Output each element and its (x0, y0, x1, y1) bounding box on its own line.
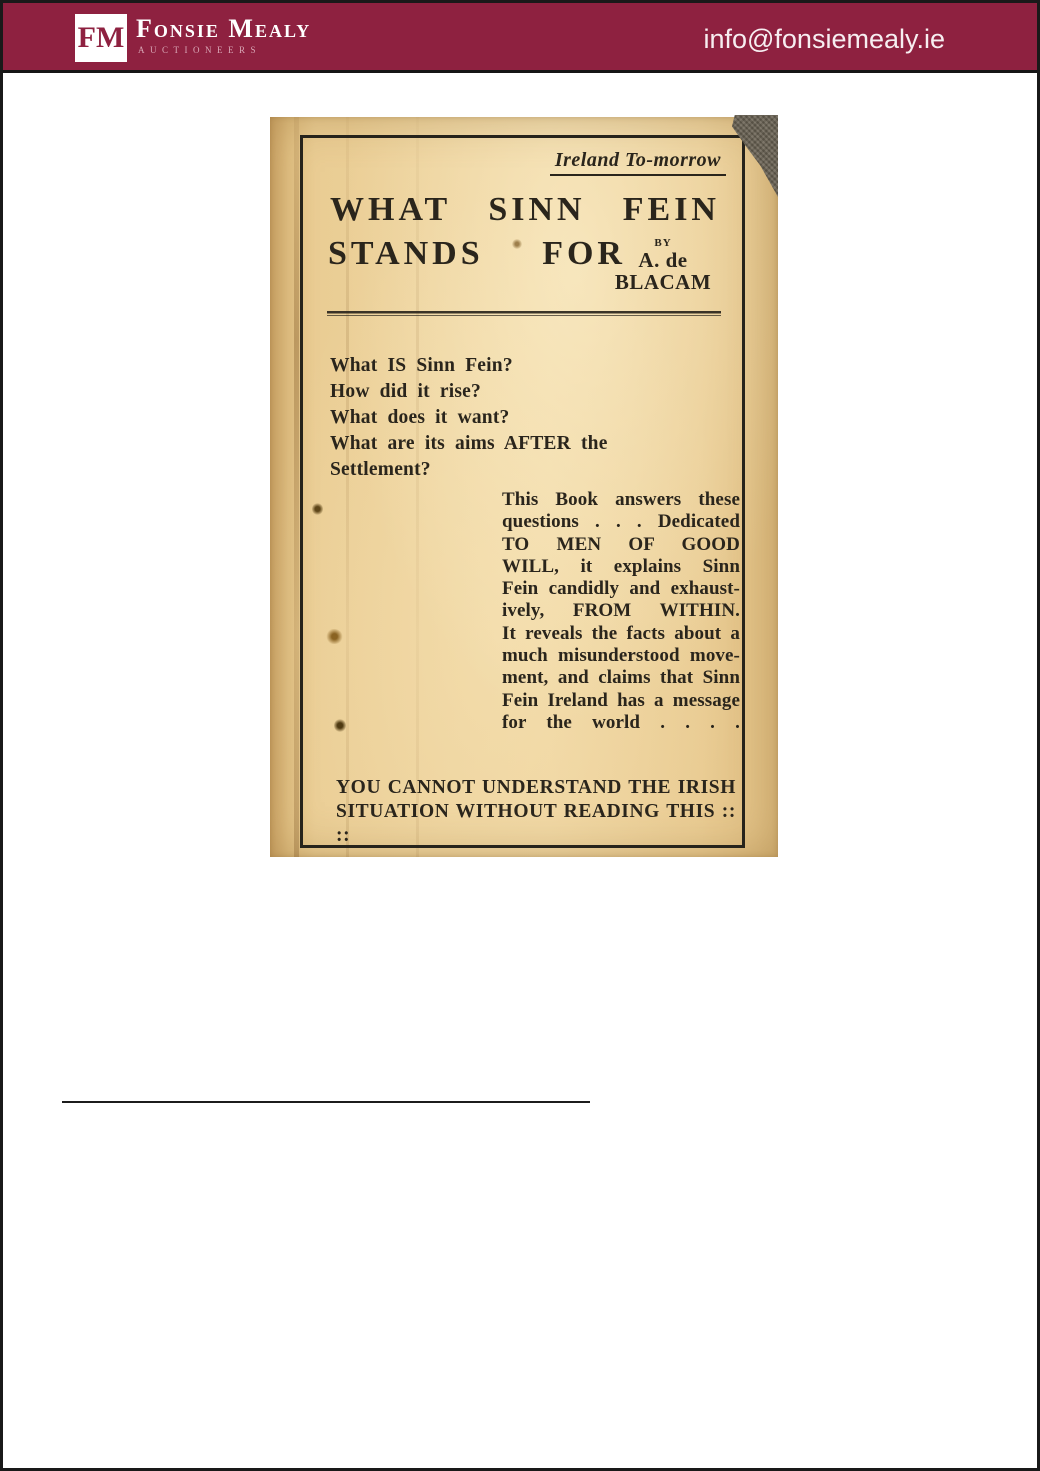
title-word: STANDS (328, 235, 484, 273)
spine-crease (294, 117, 299, 857)
blurb-line: This Book answers these (502, 489, 740, 511)
stain-spot (312, 503, 323, 515)
stain-spot (334, 719, 346, 732)
catalog-page: FM Fonsie Mealy AUCTIONEERS info@fonsiem… (0, 0, 1040, 1471)
title-divider-rule (327, 311, 721, 317)
slogan-line: YOU CANNOT UNDERSTAND THE IRISH (336, 776, 736, 800)
blurb-line: It reveals the facts about a (502, 623, 740, 645)
blurb-line: TO MEN OF GOOD (502, 534, 740, 556)
blurb-line: ively, FROM WITHIN. (502, 600, 740, 622)
blurb-line: ment, and claims that Sinn (502, 667, 740, 689)
blurb-line: WILL, it explains Sinn (502, 556, 740, 578)
brand-block: Fonsie Mealy AUCTIONEERS (136, 16, 311, 55)
title-word: SINN (488, 191, 585, 229)
cover-footer-slogan: YOU CANNOT UNDERSTAND THE IRISH SITUATIO… (336, 776, 736, 848)
book-cover-scan: Ireland To-morrow WHAT SINN FEIN STANDS … (270, 117, 778, 857)
byline-block: BY A. de BLACAM (600, 237, 726, 293)
header-bar: FM Fonsie Mealy AUCTIONEERS info@fonsiem… (3, 3, 1037, 73)
book-title-line2: STANDS FOR (328, 235, 626, 273)
title-word: WHAT (330, 191, 451, 229)
question-item: How did it rise? (330, 379, 710, 405)
brand-name: Fonsie Mealy (136, 16, 311, 42)
logo-initials: FM (78, 21, 125, 55)
stain-spot (326, 629, 343, 644)
blurb-line: questions . . . Dedicated (502, 511, 740, 533)
question-item: What are its aims AFTER the Settlement? (330, 431, 710, 483)
blurb-line: for the world . . . . (502, 712, 740, 734)
slogan-line: SITUATION WITHOUT READING THIS :: :: (336, 800, 736, 848)
book-title-line1: WHAT SINN FEIN (330, 191, 720, 229)
blurb-block: This Book answers these questions . . . … (502, 489, 740, 734)
title-word: FEIN (623, 191, 720, 229)
series-label: Ireland To-morrow (550, 149, 726, 176)
question-item: What does it want? (330, 405, 710, 431)
blurb-line: Fein Ireland has a message (502, 690, 740, 712)
contact-email: info@fonsiemealy.ie (703, 24, 945, 55)
question-item: What IS Sinn Fein? (330, 353, 710, 379)
brand-subtitle: AUCTIONEERS (136, 45, 311, 55)
questions-list: What IS Sinn Fein? How did it rise? What… (330, 353, 710, 483)
blurb-line: Fein candidly and exhaust- (502, 578, 740, 600)
blurb-line: much misunderstood move- (502, 645, 740, 667)
divider-line (62, 1101, 590, 1103)
author-name: A. de BLACAM (600, 249, 726, 293)
brand-logo: FM (75, 14, 127, 62)
